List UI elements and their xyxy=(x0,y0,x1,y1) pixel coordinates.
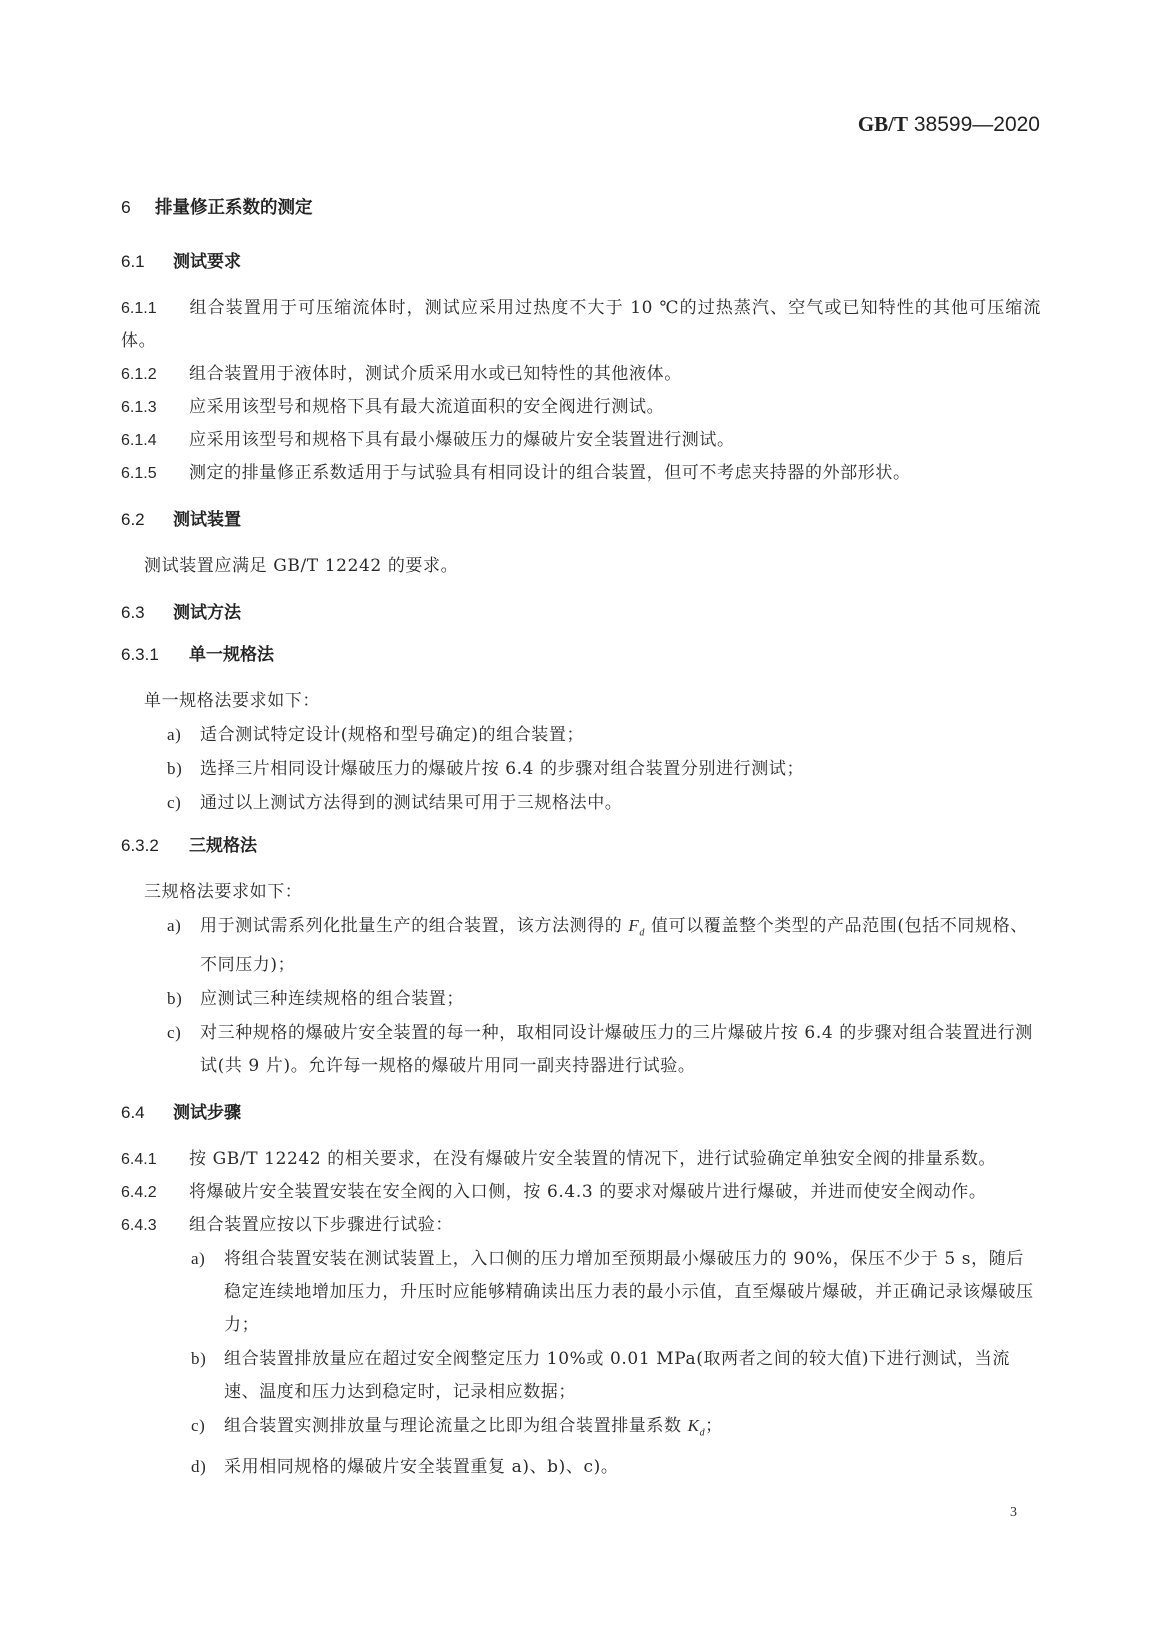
list-item: c)对三种规格的爆破片安全装置的每一种，取相同设计爆破压力的三片爆破片按 6.4… xyxy=(144,1016,1041,1083)
clause-text: 应采用该型号和规格下具有最大流道面积的安全阀进行测试。 xyxy=(189,397,664,417)
list-item: b)选择三片相同设计爆破压力的爆破片按 6.4 的步骤对组合装置分别进行测试； xyxy=(144,752,1041,786)
section-6-2-heading: 6.2测试装置 xyxy=(121,508,1041,532)
item-text: 选择三片相同设计爆破压力的爆破片按 6.4 的步骤对组合装置分别进行测试； xyxy=(200,759,804,779)
document-body: 6排量修正系数的测定 6.1测试要求 6.1.1组合装置用于可压缩流体时，测试应… xyxy=(121,195,1041,1484)
item-label: c) xyxy=(191,1409,224,1442)
item-text: 适合测试特定设计(规格和型号确定)的组合装置； xyxy=(200,725,584,745)
item-text: 组合装置排放量应在超过安全阀整定压力 10%或 0.01 MPa(取两者之间的较… xyxy=(224,1349,1010,1402)
item-text: 用于测试需系列化批量生产的组合装置，该方法测得的 xyxy=(200,916,628,936)
item-text: 应测试三种连续规格的组合装置； xyxy=(200,989,464,1009)
clause-number: 6.1.2 xyxy=(121,358,189,391)
step-item: a)将组合装置安装在测试装置上，入口侧的压力增加至预期最小爆破压力的 90%，保… xyxy=(168,1242,1041,1342)
section-number: 6 xyxy=(121,195,155,219)
clause-6-4-2: 6.4.2将爆破片安全装置安装在安全阀的入口侧，按 6.4.3 的要求对爆破片进… xyxy=(121,1176,1041,1209)
three-spec-intro: 三规格法要求如下： xyxy=(121,876,1041,909)
clause-6-1-5: 6.1.5测定的排量修正系数适用于与试验具有相同设计的组合装置，但可不考虑夹持器… xyxy=(121,457,1041,490)
item-label: b) xyxy=(191,1342,224,1375)
variable-F: Fd xyxy=(628,916,645,935)
clause-number: 6.1.4 xyxy=(121,424,189,457)
section-number: 6.1 xyxy=(121,250,173,274)
list-item: c)通过以上测试方法得到的测试结果可用于三规格法中。 xyxy=(144,786,1041,820)
document-page: GB/T 38599—2020 6排量修正系数的测定 6.1测试要求 6.1.1… xyxy=(0,0,1170,1642)
item-label: b) xyxy=(167,752,200,785)
section-6-4-heading: 6.4测试步骤 xyxy=(121,1101,1041,1125)
section-title: 三规格法 xyxy=(189,836,257,856)
step-item: b)组合装置排放量应在超过安全阀整定压力 10%或 0.01 MPa(取两者之间… xyxy=(168,1342,1041,1409)
list-item: b)应测试三种连续规格的组合装置； xyxy=(144,982,1041,1016)
variable-K: Kd xyxy=(688,1416,706,1435)
item-label: d) xyxy=(191,1450,224,1483)
item-text: 通过以上测试方法得到的测试结果可用于三规格法中。 xyxy=(200,793,622,813)
clause-text: 按 GB/T 12242 的相关要求，在没有爆破片安全装置的情况下，进行试验确定… xyxy=(189,1149,996,1169)
clause-number: 6.4.1 xyxy=(121,1143,189,1176)
item-text: 采用相同规格的爆破片安全装置重复 a)、b)、c)。 xyxy=(224,1457,618,1477)
standard-code: GB/T 38599—2020 xyxy=(858,112,1040,137)
clause-number: 6.4.2 xyxy=(121,1176,189,1209)
section-title: 测试方法 xyxy=(173,603,241,623)
item-text: 组合装置实测排放量与理论流量之比即为组合装置排量系数 xyxy=(224,1416,688,1436)
clause-number: 6.4.3 xyxy=(121,1209,189,1242)
section-title: 排量修正系数的测定 xyxy=(155,198,313,218)
section-number: 6.3.1 xyxy=(121,643,189,667)
section-number: 6.3.2 xyxy=(121,834,189,858)
clause-6-1-3: 6.1.3应采用该型号和规格下具有最大流道面积的安全阀进行测试。 xyxy=(121,391,1041,424)
list-item: a)适合测试特定设计(规格和型号确定)的组合装置； xyxy=(144,718,1041,752)
item-label: a) xyxy=(167,718,200,751)
standard-prefix: GB/T xyxy=(858,112,908,136)
section-6-3-2-heading: 6.3.2三规格法 xyxy=(121,834,1041,858)
section-6-3-1-heading: 6.3.1单一规格法 xyxy=(121,643,1041,667)
item-label: c) xyxy=(167,786,200,819)
section-number: 6.3 xyxy=(121,601,173,625)
clause-text: 应采用该型号和规格下具有最小爆破压力的爆破片安全装置进行测试。 xyxy=(189,430,735,450)
single-spec-intro: 单一规格法要求如下： xyxy=(121,685,1041,718)
clause-text: 组合装置用于可压缩流体时，测试应采用过热度不大于 10 ℃的过热蒸汽、空气或已知… xyxy=(121,298,1041,351)
section-title: 测试要求 xyxy=(173,252,241,272)
section-title: 测试装置 xyxy=(173,510,241,530)
clause-text: 测定的排量修正系数适用于与试验具有相同设计的组合装置，但可不考虑夹持器的外部形状… xyxy=(189,463,911,483)
section-title: 单一规格法 xyxy=(189,645,274,665)
item-text: 将组合装置安装在测试装置上，入口侧的压力增加至预期最小爆破压力的 90%，保压不… xyxy=(224,1249,1034,1335)
section-6-heading: 6排量修正系数的测定 xyxy=(121,195,1041,219)
clause-number: 6.1.5 xyxy=(121,457,189,490)
clause-number: 6.1.3 xyxy=(121,391,189,424)
item-label: a) xyxy=(167,909,200,942)
clause-text: 将爆破片安全装置安装在安全阀的入口侧，按 6.4.3 的要求对爆破片进行爆破，并… xyxy=(189,1182,986,1202)
item-label: c) xyxy=(167,1016,200,1049)
clause-6-4-3: 6.4.3组合装置应按以下步骤进行试验： xyxy=(121,1209,1041,1242)
clause-6-4-1: 6.4.1按 GB/T 12242 的相关要求，在没有爆破片安全装置的情况下，进… xyxy=(121,1143,1041,1176)
clause-6-1-2: 6.1.2组合装置用于液体时，测试介质采用水或已知特性的其他液体。 xyxy=(121,358,1041,391)
clause-text: 组合装置用于液体时，测试介质采用水或已知特性的其他液体。 xyxy=(189,364,682,384)
section-6-1-heading: 6.1测试要求 xyxy=(121,250,1041,274)
section-6-3-heading: 6.3测试方法 xyxy=(121,601,1041,625)
item-text: ； xyxy=(705,1416,723,1436)
list-item: a)用于测试需系列化批量生产的组合装置，该方法测得的 Fd 值可以覆盖整个类型的… xyxy=(144,909,1041,982)
item-label: a) xyxy=(191,1242,224,1275)
section-number: 6.2 xyxy=(121,508,173,532)
clause-number: 6.1.1 xyxy=(121,292,189,325)
clause-6-2-text: 测试装置应满足 GB/T 12242 的要求。 xyxy=(121,550,1041,583)
clause-text: 组合装置应按以下步骤进行试验： xyxy=(189,1215,453,1235)
step-item: d)采用相同规格的爆破片安全装置重复 a)、b)、c)。 xyxy=(168,1450,1041,1484)
item-text: 对三种规格的爆破片安全装置的每一种，取相同设计爆破压力的三片爆破片按 6.4 的… xyxy=(200,1023,1033,1076)
clause-6-1-4: 6.1.4应采用该型号和规格下具有最小爆破压力的爆破片安全装置进行测试。 xyxy=(121,424,1041,457)
clause-6-1-1: 6.1.1组合装置用于可压缩流体时，测试应采用过热度不大于 10 ℃的过热蒸汽、… xyxy=(121,292,1041,358)
item-label: b) xyxy=(167,982,200,1015)
standard-number: 38599—2020 xyxy=(914,113,1040,136)
section-title: 测试步骤 xyxy=(173,1103,241,1123)
page-number: 3 xyxy=(1010,1505,1017,1521)
section-number: 6.4 xyxy=(121,1101,173,1125)
step-item: c)组合装置实测排放量与理论流量之比即为组合装置排量系数 Kd； xyxy=(168,1409,1041,1449)
